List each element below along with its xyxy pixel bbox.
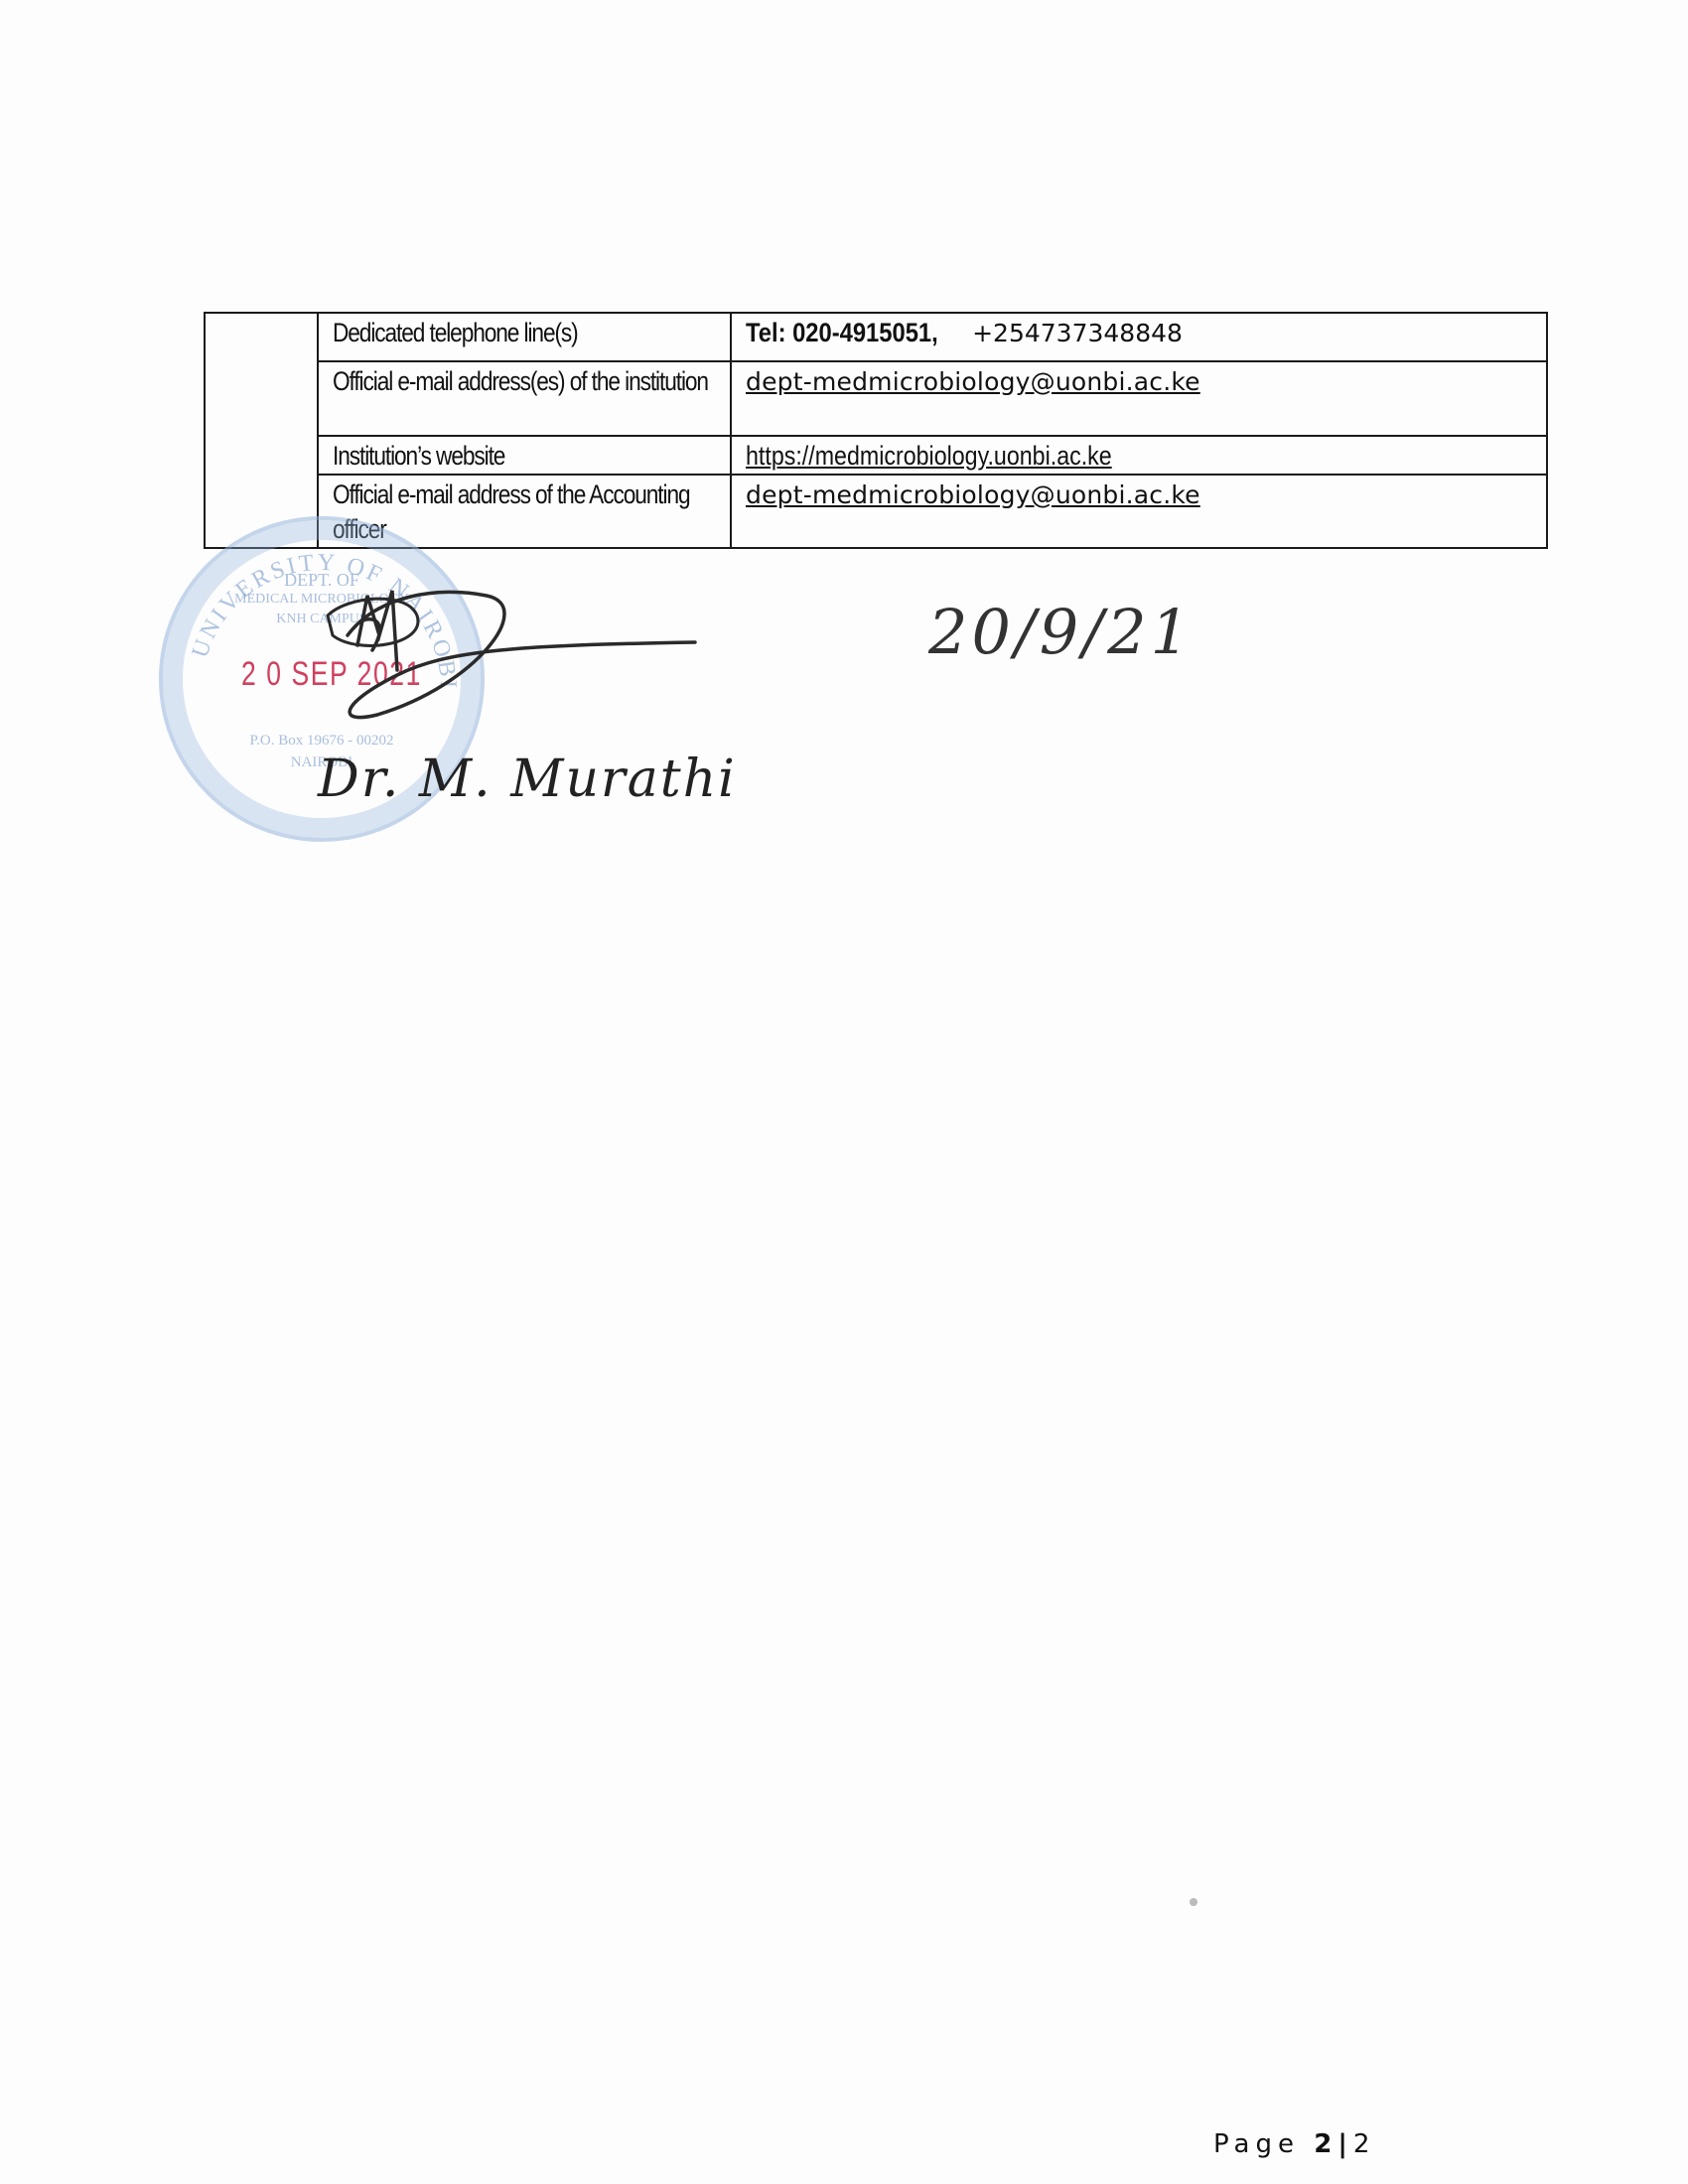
blank-column [205,313,318,548]
telephone-value-bold: Tel: 020-4915051, [746,316,938,350]
page-current: 2 [1314,2129,1337,2159]
website-link[interactable]: https://medmicrobiology.uonbi.ac.ke [746,439,1112,474]
row-value: dept-medmicrobiology@uonbi.ac.ke [731,361,1547,436]
table-row: Dedicated telephone line(s) Tel: 020-491… [205,313,1547,361]
scan-speck [1190,1898,1197,1906]
telephone-value-mobile: +254737348848 [964,319,1183,347]
row-value: Tel: 020-4915051, +254737348848 [731,313,1547,361]
row-label: Dedicated telephone line(s) [318,313,731,361]
row-label: Institution’s website [318,436,731,475]
page-total: 2 [1353,2129,1376,2159]
accounting-email-link[interactable]: dept-medmicrobiology@uonbi.ac.ke [746,480,1200,509]
table-row: Institution’s website https://medmicrobi… [205,436,1547,475]
website-label: Institution’s website [333,439,716,474]
row-value: https://medmicrobiology.uonbi.ac.ke [731,436,1547,475]
signature-date: 20/9/21 [928,596,1194,668]
signatory-name: Dr. M. Murathi [318,750,737,809]
contact-info-table: Dedicated telephone line(s) Tel: 020-491… [204,312,1548,549]
table-row: Official e-mail address(es) of the insti… [205,361,1547,436]
row-value: dept-medmicrobiology@uonbi.ac.ke [731,475,1547,548]
page-separator: | [1337,2129,1353,2159]
row-label: Official e-mail address(es) of the insti… [318,361,731,436]
page-label: Page [1213,2129,1300,2159]
institution-email-link[interactable]: dept-medmicrobiology@uonbi.ac.ke [746,367,1200,396]
telephone-label: Dedicated telephone line(s) [333,316,716,350]
institution-email-label: Official e-mail address(es) of the insti… [333,364,716,399]
signature-scribble-icon [318,576,715,745]
page-footer: Page 2|2 [1213,2129,1375,2159]
